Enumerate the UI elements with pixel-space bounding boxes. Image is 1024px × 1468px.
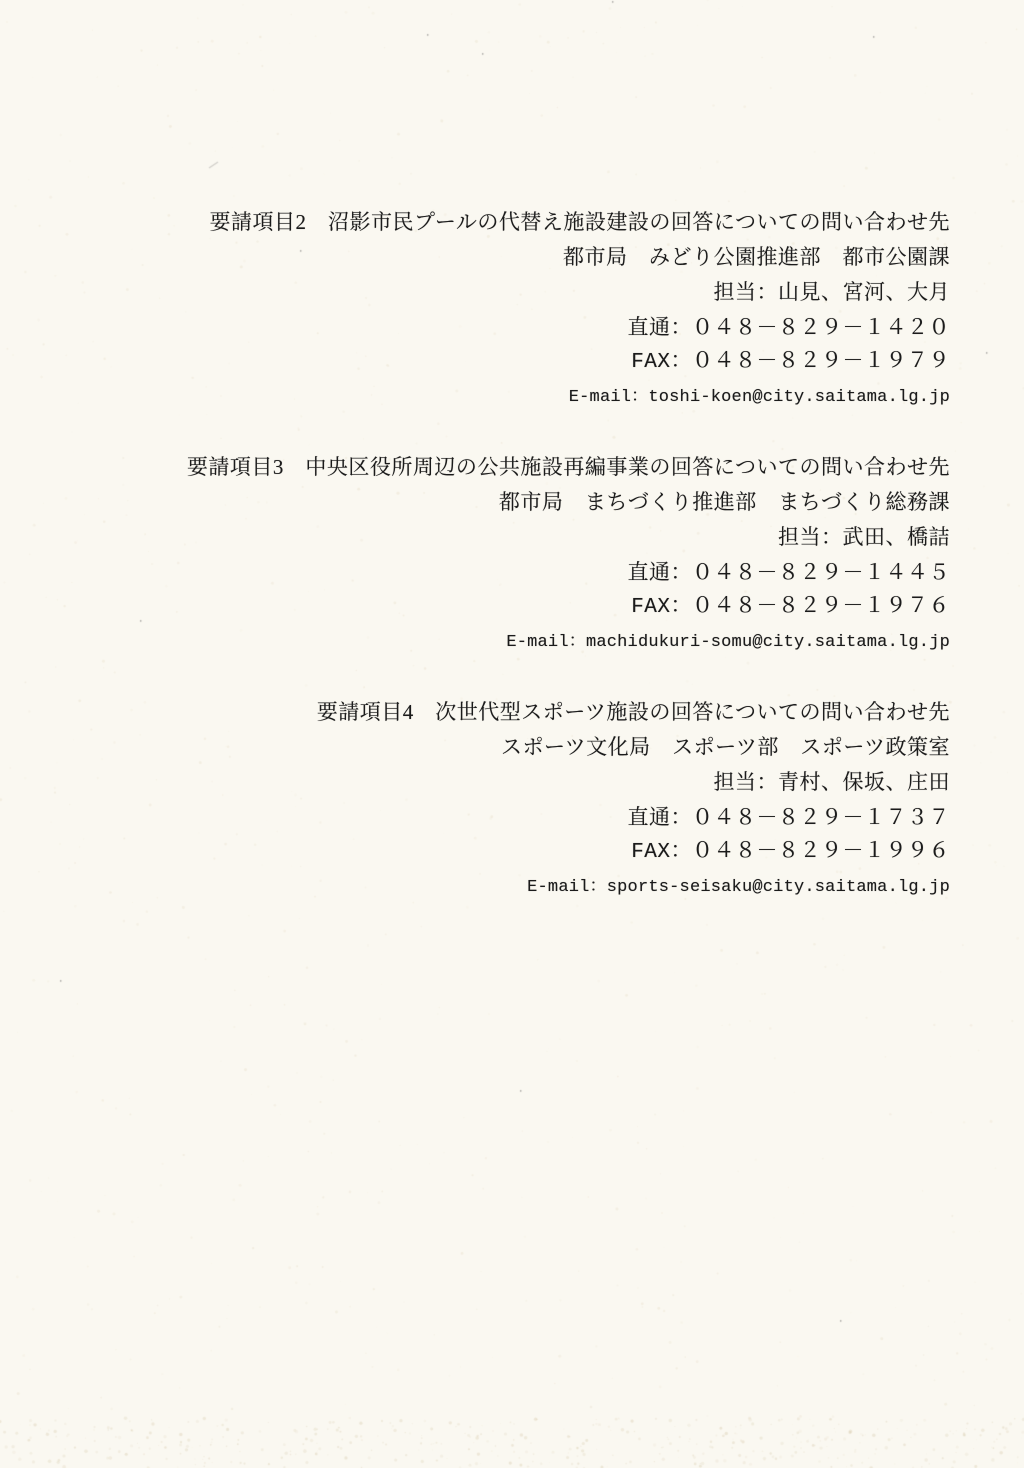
contact-person-line: 担当：武田、橋詰 — [187, 520, 950, 555]
request-item-heading: 要請項目2 沼影市民プールの代替え施設建設の回答についての問い合わせ先 — [187, 205, 950, 240]
email-line: E-mail：machidukuri-somu@city.saitama.lg.… — [187, 625, 950, 660]
email-line: E-mail：sports-seisaku@city.saitama.lg.jp — [187, 870, 950, 905]
department-line: スポーツ文化局 スポーツ部 スポーツ政策室 — [187, 730, 950, 765]
fax-line: FAX：０４８－８２９－１９７６ — [187, 590, 950, 625]
phone-line: 直通：０４８－８２９－１４２０ — [187, 310, 950, 345]
phone-line: 直通：０４８－８２９－１４４５ — [187, 555, 950, 590]
scanned-document-page: 要請項目2 沼影市民プールの代替え施設建設の回答についての問い合わせ先 都市局 … — [0, 0, 1024, 1468]
email-line: E-mail：toshi-koen@city.saitama.lg.jp — [187, 380, 950, 415]
contact-info-list: 要請項目2 沼影市民プールの代替え施設建設の回答についての問い合わせ先 都市局 … — [187, 205, 950, 940]
department-line: 都市局 まちづくり推進部 まちづくり総務課 — [187, 485, 950, 520]
contact-person-line: 担当：山見、宮河、大月 — [187, 275, 950, 310]
request-item-3-section: 要請項目3 中央区役所周辺の公共施設再編事業の回答についての問い合わせ先 都市局… — [187, 450, 950, 660]
fax-line: FAX：０４８－８２９－１９９６ — [187, 835, 950, 870]
request-item-2-section: 要請項目2 沼影市民プールの代替え施設建設の回答についての問い合わせ先 都市局 … — [187, 205, 950, 415]
department-line: 都市局 みどり公園推進部 都市公園課 — [187, 240, 950, 275]
contact-person-line: 担当：青村、保坂、庄田 — [187, 765, 950, 800]
request-item-heading: 要請項目3 中央区役所周辺の公共施設再編事業の回答についての問い合わせ先 — [187, 450, 950, 485]
request-item-4-section: 要請項目4 次世代型スポーツ施設の回答についての問い合わせ先 スポーツ文化局 ス… — [187, 695, 950, 905]
request-item-heading: 要請項目4 次世代型スポーツ施設の回答についての問い合わせ先 — [187, 695, 950, 730]
fax-line: FAX：０４８－８２９－１９７９ — [187, 345, 950, 380]
phone-line: 直通：０４８－８２９－１７３７ — [187, 800, 950, 835]
